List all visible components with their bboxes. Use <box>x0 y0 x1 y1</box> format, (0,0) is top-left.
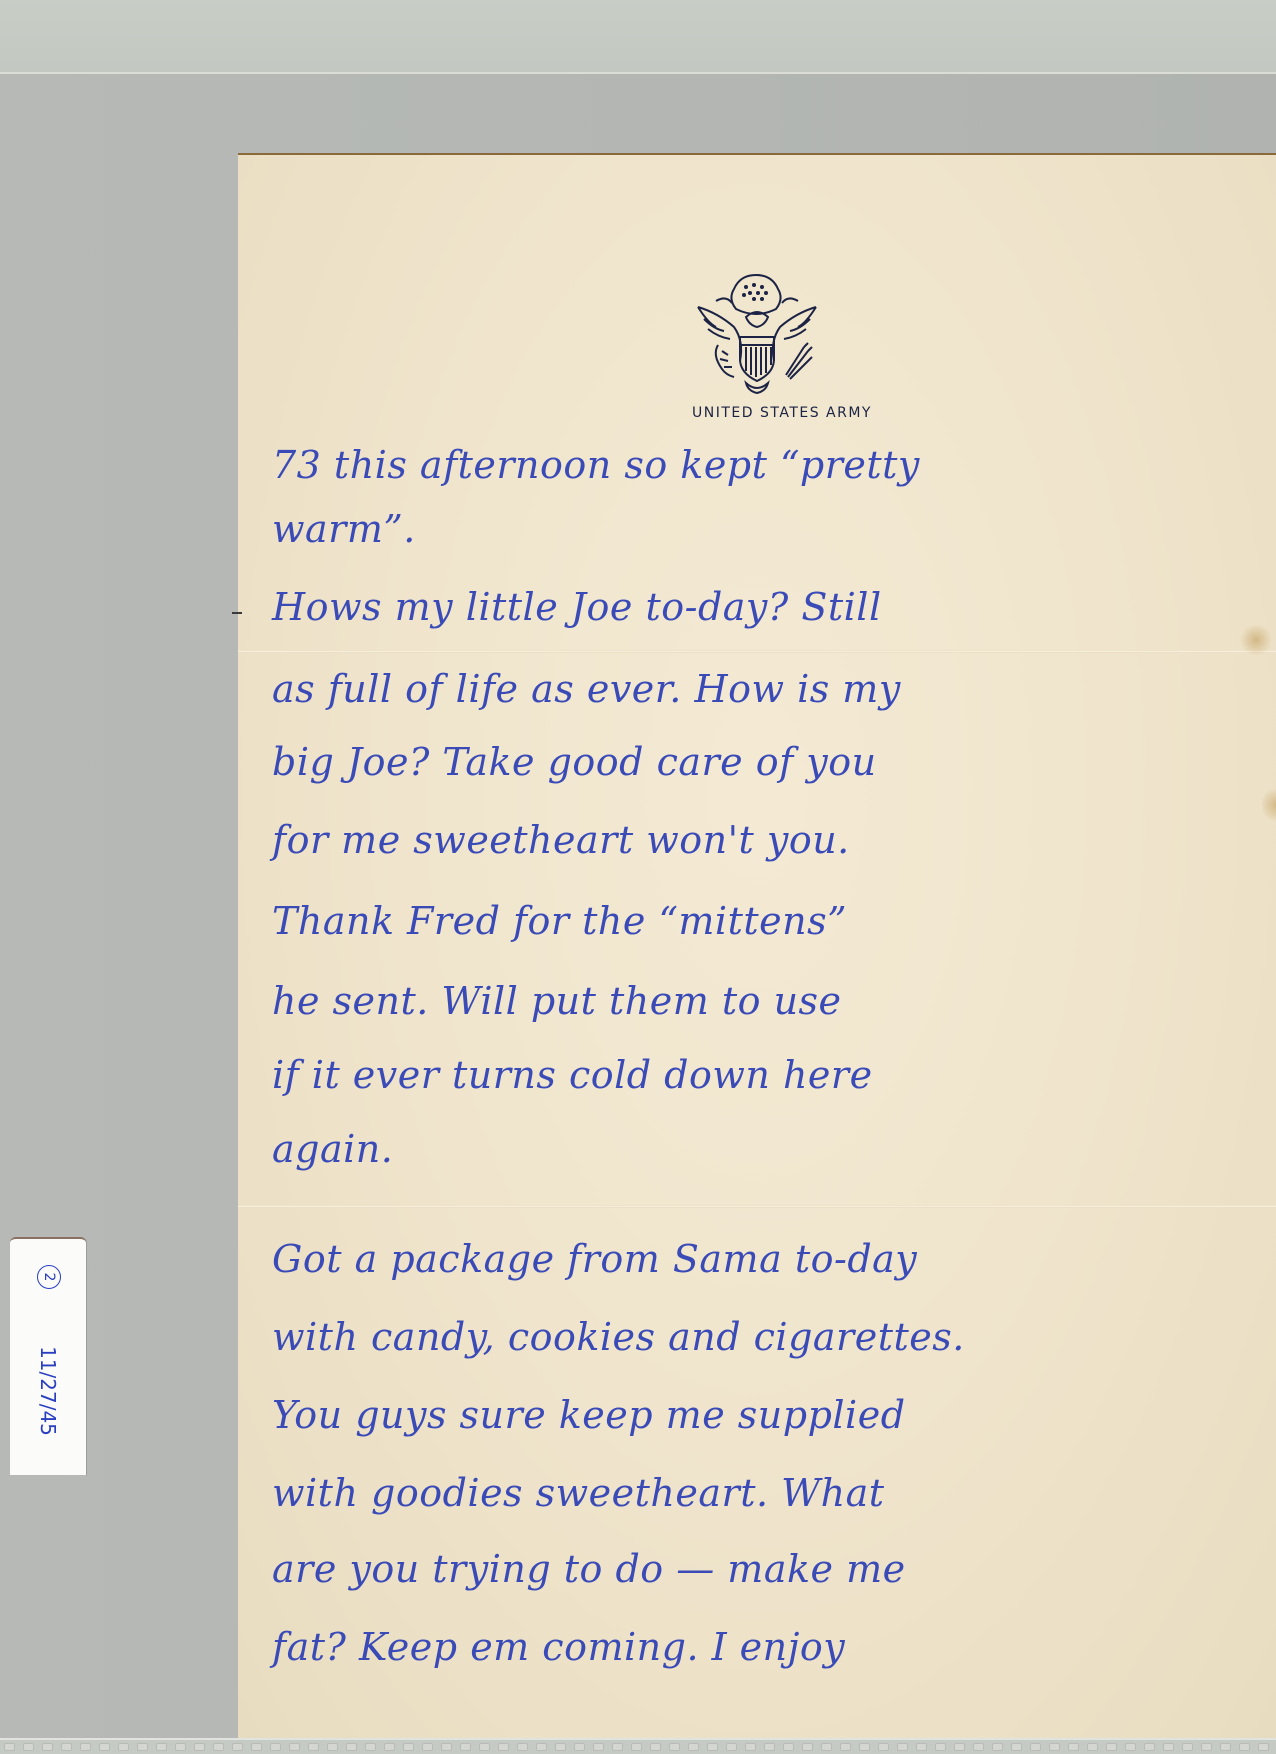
letter-page: UNITED STATES ARMY 73 this afternoon so … <box>238 153 1276 1738</box>
fold-crease-lower <box>238 1205 1276 1208</box>
letterhead-title: UNITED STATES ARMY <box>692 405 872 421</box>
page-number-badge: 2 <box>37 1265 61 1289</box>
archive-date: 11/27/45 <box>36 1345 60 1437</box>
letterhead: UNITED STATES ARMY <box>238 267 1276 421</box>
letter-line: with goodies sweetheart. What <box>272 1471 1236 1515</box>
paper-edge-mark <box>232 612 242 614</box>
letter-line: Got a package from Sama to-day <box>272 1237 1236 1281</box>
letter-line: he sent. Will put them to use <box>272 979 1236 1023</box>
letter-line: again. <box>272 1127 1236 1171</box>
letter-line: 73 this afternoon so kept “pretty <box>272 443 1236 487</box>
paper-stain <box>1262 785 1276 825</box>
sleeve-top-edge <box>0 0 1276 74</box>
letter-line: big Joe? Take good care of you <box>272 740 1236 784</box>
letter-line: with candy, cookies and cigarettes. <box>272 1315 1236 1359</box>
letter-line: Thank Fred for the “mittens” <box>272 899 1236 943</box>
letter-line: warm”. <box>272 507 1236 551</box>
letter-line: if it ever turns cold down here <box>272 1053 1236 1097</box>
paper-stain <box>1238 625 1274 655</box>
letter-line: for me sweetheart won't you. <box>272 818 1236 862</box>
letter-line: Hows my little Joe to-day? Still <box>272 585 1236 629</box>
archive-label-tag: 2 11/27/45 <box>10 1237 86 1475</box>
fold-crease-upper <box>238 650 1276 653</box>
letter-line: You guys sure keep me supplied <box>272 1393 1236 1437</box>
letter-line: as full of life as ever. How is my <box>272 667 1236 711</box>
letter-line: are you trying to do — make me <box>272 1547 1236 1591</box>
eagle-seal-icon <box>694 267 820 397</box>
sleeve-perforated-edge <box>0 1738 1276 1754</box>
letter-line: fat? Keep em coming. I enjoy <box>272 1625 1236 1669</box>
